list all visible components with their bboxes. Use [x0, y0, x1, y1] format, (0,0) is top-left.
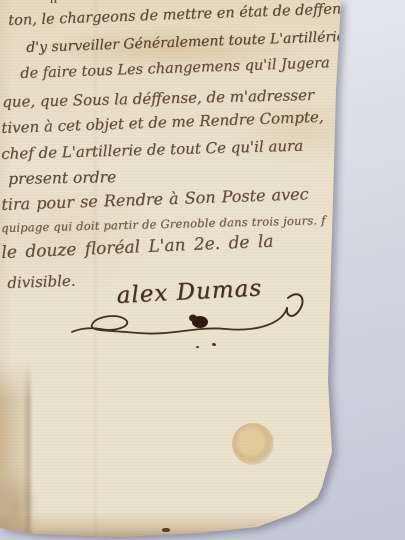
paper-sheet: il ton, le chargeons de mettre en état d…: [0, 0, 405, 540]
manuscript-line: d'y surveiller Généralement toute L'arti…: [26, 29, 345, 56]
manuscript-line: tira pour se Rendre à Son Poste avec: [1, 184, 309, 214]
manuscript-paper: il ton, le chargeons de mettre en état d…: [0, 0, 405, 540]
manuscript-line: quipage qui doit partir de Grenoble dans…: [1, 213, 326, 235]
manuscript-line: il: [50, 0, 58, 6]
manuscript-line: tiven à cet objet et de me Rendre Compte…: [1, 108, 324, 137]
photo: il ton, le chargeons de mettre en état d…: [0, 0, 405, 540]
ink-speck: [212, 342, 217, 346]
manuscript-line: present ordre: [8, 168, 116, 188]
manuscript-line: que, que Sous la déffense, de m'adresser: [2, 86, 314, 111]
signature-paraph: [60, 280, 306, 344]
wax-stain: [232, 423, 274, 465]
paper-bottom-edge-browning: [0, 512, 340, 540]
manuscript-line-date: le douze floréal L'an 2e. de la: [1, 232, 274, 263]
edge-speck: [162, 528, 170, 532]
corner-discoloration: [0, 468, 40, 540]
ink-speck: [196, 346, 199, 348]
manuscript-line: chef de L'artillerie de tout Ce qu'il au…: [1, 137, 303, 163]
manuscript-line: ton, le chargeons de mettre en état de d…: [8, 1, 357, 29]
manuscript-line: de faire tous Les changemens qu'il Juger…: [20, 55, 330, 82]
